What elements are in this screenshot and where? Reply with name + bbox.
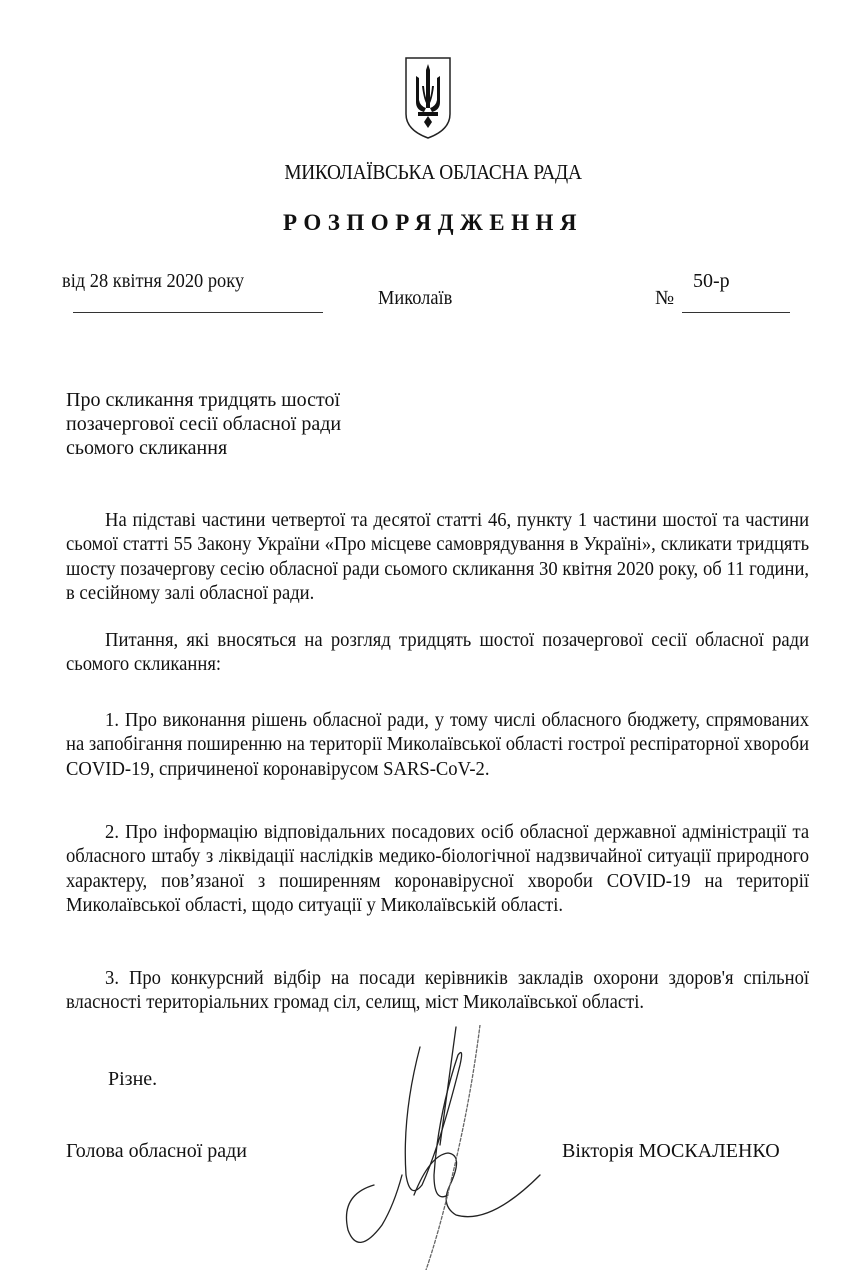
agenda-item-1: 1. Про виконання рішень обласної ради, у… <box>66 708 809 781</box>
body-paragraph-legal-basis: На підставі частини четвертої та десятої… <box>66 508 809 605</box>
number-sign: № <box>655 287 674 310</box>
document-number: 50-р <box>693 270 730 293</box>
handwritten-signature-icon <box>330 1025 570 1270</box>
signatory-title: Голова обласної ради <box>66 1140 247 1163</box>
document-subject: Про скликання тридцять шостої позачергов… <box>66 388 406 460</box>
signatory-name: Вікторія МОСКАЛЕНКО <box>562 1140 780 1163</box>
subject-line: Про скликання тридцять шостої <box>66 388 406 412</box>
subject-line: позачергової сесії обласної ради <box>66 412 406 436</box>
body-paragraph-agenda-intro: Питання, які вносяться на розгляд тридця… <box>66 628 809 677</box>
coat-of-arms-icon <box>404 56 452 140</box>
number-underline <box>682 312 790 313</box>
date-underline <box>73 312 323 313</box>
document-type-title: РОЗПОРЯДЖЕННЯ <box>0 210 846 236</box>
agenda-item-2: 2. Про інформацію відповідальних посадов… <box>66 820 809 917</box>
subject-line: сьомого скликання <box>66 436 406 460</box>
agenda-item-3: 3. Про конкурсний відбір на посади керів… <box>66 966 809 1015</box>
agenda-misc: Різне. <box>108 1068 157 1091</box>
council-name: МИКОЛАЇВСЬКА ОБЛАСНА РАДА <box>35 160 832 185</box>
document-date: від 28 квітня 2020 року <box>62 270 244 293</box>
document-city: Миколаїв <box>378 287 452 310</box>
